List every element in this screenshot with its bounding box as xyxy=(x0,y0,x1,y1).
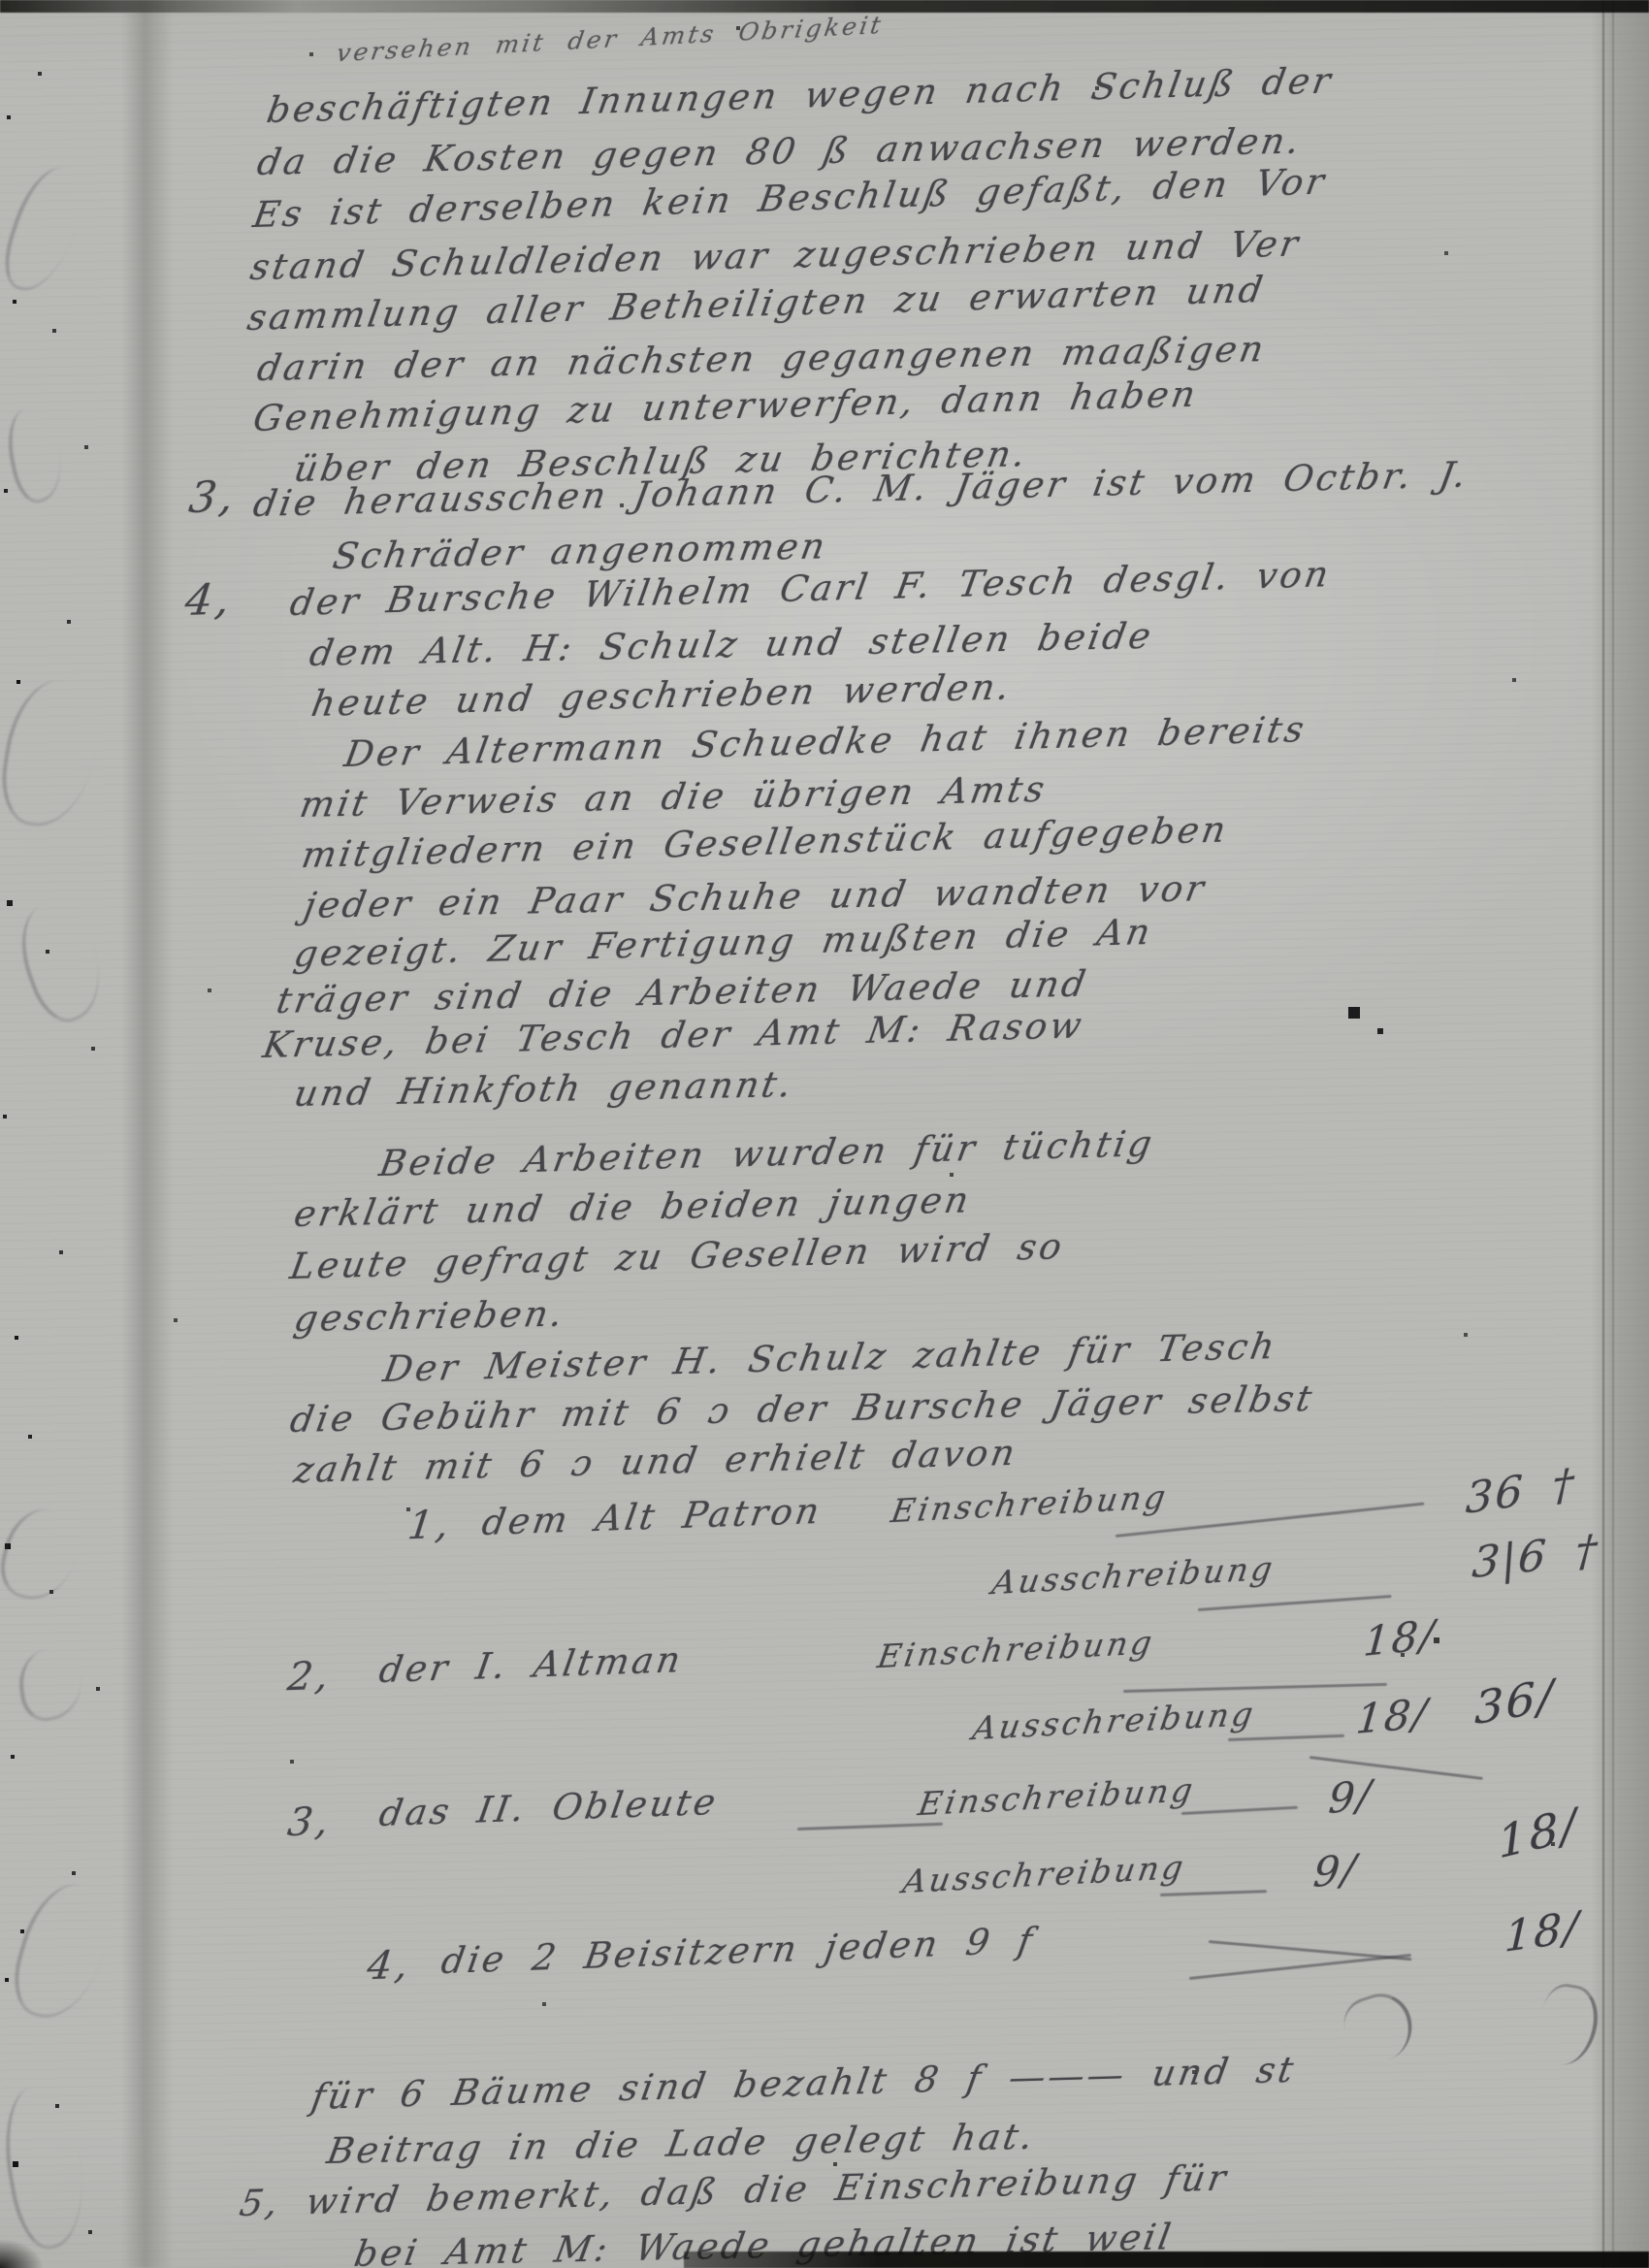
fee-amount: 36 † xyxy=(1465,1460,1576,1524)
right-page-edge-band xyxy=(1591,0,1649,2268)
fee-amount: 18/ xyxy=(1354,1690,1431,1743)
scanner-edge-bottom xyxy=(684,2252,1649,2268)
fee-amount: 9/ xyxy=(1311,1845,1360,1896)
item-number: 3, xyxy=(186,471,240,523)
document-scan: versehen mit der Amts Obrigkeit beschäft… xyxy=(0,0,1649,2268)
manuscript-line: geschrieben. xyxy=(291,1293,568,1340)
ghost-stroke xyxy=(4,1873,120,2029)
binding-gutter-shadow xyxy=(122,0,173,2268)
fee-amount: 9/ xyxy=(1327,1771,1374,1823)
fee-payee: der I. Altman xyxy=(376,1638,686,1691)
manuscript-line: heute und geschrieben werden. xyxy=(308,665,1016,725)
manuscript-line: Leute gefragt zu Gesellen wird so xyxy=(287,1225,1068,1287)
fee-sum: 18/ xyxy=(1503,1903,1581,1962)
manuscript-line: Beide Arbeiten wurden für tüchtig xyxy=(376,1122,1157,1184)
fee-row-number: 1, xyxy=(405,1502,454,1548)
manuscript-line: zahlt mit 6 ɔ und erhielt davon xyxy=(291,1432,1020,1491)
fee-dash-line xyxy=(1228,1734,1344,1741)
ink-flourish xyxy=(1338,1986,1421,2070)
fee-dash-line xyxy=(797,1823,943,1831)
fee-payee: das II. Obleute xyxy=(376,1781,722,1834)
fee-dash-line xyxy=(1123,1683,1387,1693)
ghost-stroke xyxy=(15,1645,86,1724)
manuscript-line: und Hinkfoth genannt. xyxy=(291,1063,797,1115)
fee-amount: 3|6 † xyxy=(1471,1526,1600,1588)
scanner-edge-top xyxy=(0,0,1649,13)
fee-sum: 18/ xyxy=(1496,1798,1580,1869)
right-page-edge-line xyxy=(1602,0,1604,2268)
ghost-stroke xyxy=(7,893,115,1030)
fee-entry-label: Einschreibung xyxy=(889,1477,1171,1530)
fee-payee: dem Alt Patron xyxy=(479,1490,825,1543)
fee-entry-label: Einschreibung xyxy=(875,1623,1157,1675)
manuscript-line: für 6 Bäume sind bezahlt 8 f ——— und st xyxy=(308,2049,1299,2118)
ghost-stroke xyxy=(0,673,106,834)
ghost-stroke xyxy=(0,159,92,301)
fee-amount: 18/ xyxy=(1362,1611,1438,1666)
fee-entry-label: Ausschreibung xyxy=(989,1549,1277,1602)
item-number: 4, xyxy=(182,574,236,626)
fee-dash-line xyxy=(1181,1806,1298,1815)
fee-entry-label: Ausschreibung xyxy=(970,1695,1258,1747)
fee-row-number: 3, xyxy=(285,1798,334,1845)
fee-row-number: 2, xyxy=(285,1653,334,1700)
fee-entry-label: Ausschreibung xyxy=(900,1848,1188,1900)
fee-payee: die 2 Beisitzern jeden 9 f xyxy=(438,1920,1038,1982)
header-note: versehen mit der Amts Obrigkeit xyxy=(335,11,886,67)
manuscript-line: beschäftigten Innungen wegen nach Schluß… xyxy=(264,59,1337,131)
ghost-stroke xyxy=(0,404,69,507)
fee-dash-line xyxy=(1198,1595,1392,1611)
scanner-edge-corner xyxy=(0,2219,81,2268)
manuscript-line: Beitrag in die Lade gelegt hat. xyxy=(324,2116,1039,2172)
fee-sum: 36/ xyxy=(1474,1669,1555,1735)
manuscript-line: dem Alt. H: Schulz und stellen beide xyxy=(307,615,1156,674)
fee-entry-label: Einschreibung xyxy=(916,1770,1198,1823)
fee-dash-line xyxy=(1160,1890,1267,1896)
fee-row-number: 4, xyxy=(365,1942,413,1989)
ghost-stroke xyxy=(0,1501,85,1607)
right-page-edge-line xyxy=(1612,0,1614,2268)
manuscript-line: erklärt und die beiden jungen xyxy=(291,1179,975,1235)
fee-dash-line xyxy=(1189,1954,1411,1980)
